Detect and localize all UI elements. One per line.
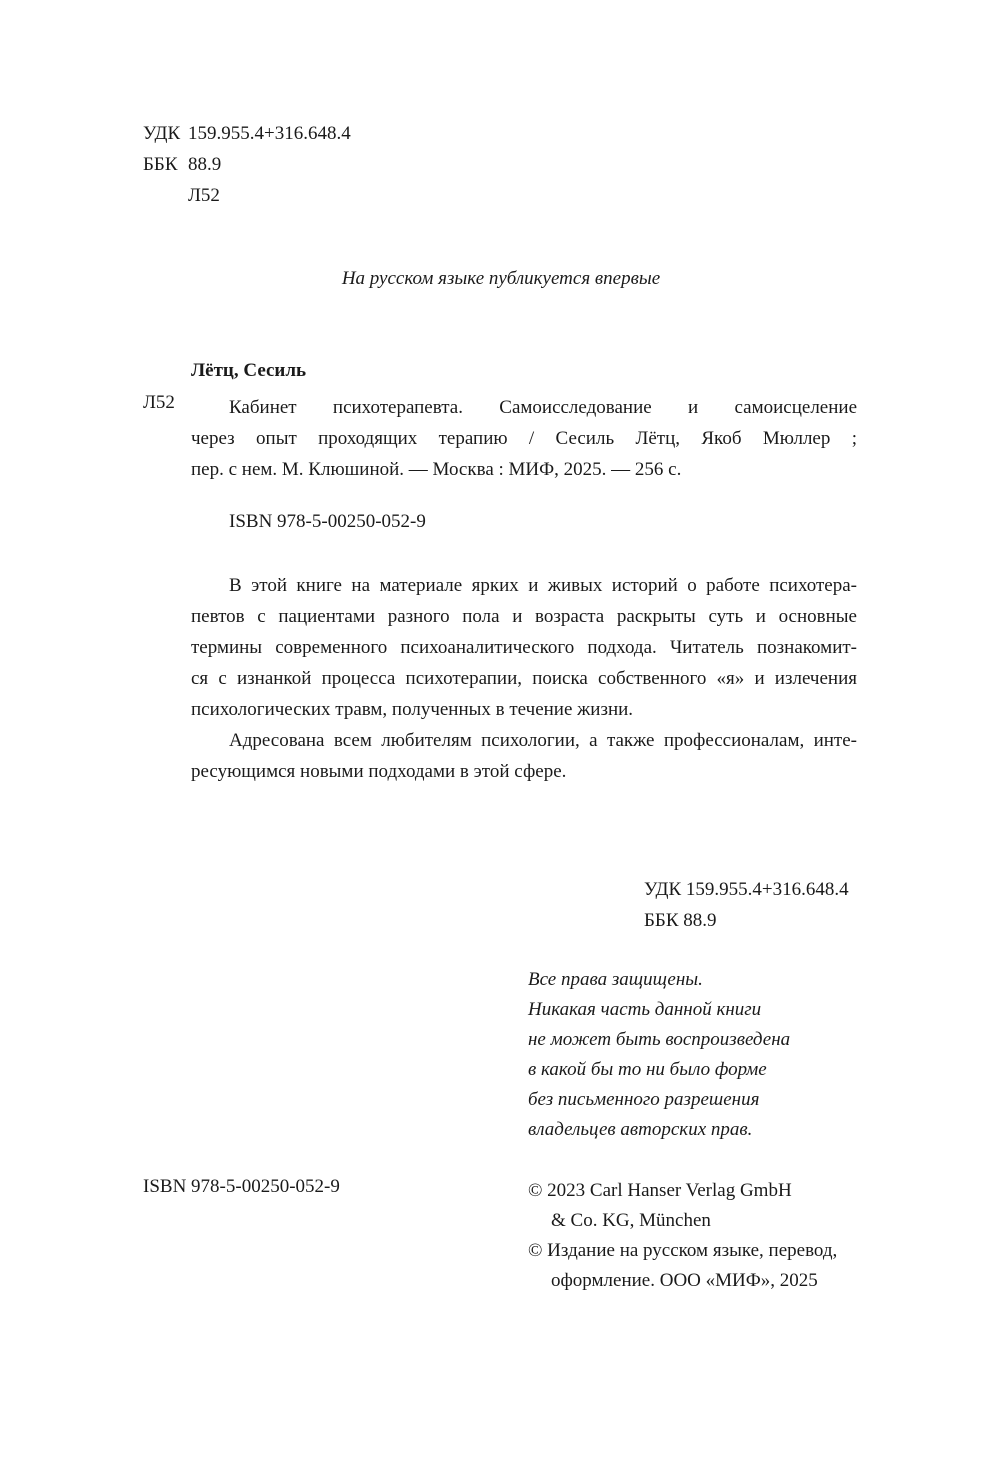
rights-line: в какой бы то ни было форме [528, 1055, 790, 1085]
copyright-line: © 2023 Carl Hanser Verlag GmbH [528, 1176, 837, 1206]
rights-notice: Все права защищены. Никакая часть данной… [528, 965, 790, 1145]
copyright-line: & Co. KG, München [528, 1206, 837, 1236]
isbn-bottom: ISBN 978-5-00250-052-9 [143, 1176, 340, 1198]
bbk-bottom: ББК 88.9 [644, 905, 849, 936]
rights-line: без письменного разрешения [528, 1085, 790, 1115]
annotation-line: В этой книге на материале ярких и живых … [191, 570, 857, 601]
udk-bottom: УДК 159.955.4+316.648.4 [644, 874, 849, 905]
annotation-line: певтов с пациентами разного пола и возра… [191, 601, 857, 632]
udk-value: 159.955.4+316.648.4 [188, 118, 351, 149]
classification-block-top: УДК 159.955.4+316.648.4 ББК 88.9 Л52 [143, 118, 351, 211]
bib-line: Кабинет психотерапевта. Самоисследование… [191, 392, 857, 423]
author-sign: Л52 [188, 180, 220, 211]
copyright-block: © 2023 Carl Hanser Verlag GmbH & Co. KG,… [528, 1176, 837, 1296]
author-heading: Лётц, Сесиль [191, 360, 306, 382]
rights-line: Никакая часть данной книги [528, 995, 790, 1025]
first-publication-note: На русском языке публикуется впервые [0, 268, 1000, 290]
bbk-value: 88.9 [188, 149, 221, 180]
annotation-line: термины современного психоаналитического… [191, 632, 857, 663]
bbk-row: ББК 88.9 [143, 149, 351, 180]
annotation-line: ресующимся новыми подходами в этой сфере… [191, 756, 857, 787]
annotation-line: Адресована всем любителям психологии, а … [191, 725, 857, 756]
rights-line: Все права защищены. [528, 965, 790, 995]
copyright-line: © Издание на русском языке, перевод, [528, 1236, 837, 1266]
rights-line: не может быть воспроизведена [528, 1025, 790, 1055]
bbk-label: ББК [143, 149, 188, 180]
bib-line: пер. с нем. М. Клюшиной. — Москва : МИФ,… [191, 454, 857, 485]
annotation: В этой книге на материале ярких и живых … [191, 570, 857, 787]
rights-line: владельцев авторских прав. [528, 1115, 790, 1145]
bib-isbn: ISBN 978-5-00250-052-9 [229, 511, 426, 533]
bib-author-sign: Л52 [143, 392, 175, 414]
copyright-line: оформление. ООО «МИФ», 2025 [528, 1266, 837, 1296]
udk-row: УДК 159.955.4+316.648.4 [143, 118, 351, 149]
bib-line: через опыт проходящих терапию / Сесиль Л… [191, 423, 857, 454]
classification-block-bottom: УДК 159.955.4+316.648.4 ББК 88.9 [644, 874, 849, 936]
annotation-line: ся с изнанкой процесса психотерапии, пои… [191, 663, 857, 694]
udk-label: УДК [143, 118, 188, 149]
bibliographic-description: Кабинет психотерапевта. Самоисследование… [191, 392, 857, 485]
annotation-line: психологических травм, полученных в тече… [191, 694, 857, 725]
author-sign-row: Л52 [143, 180, 351, 211]
